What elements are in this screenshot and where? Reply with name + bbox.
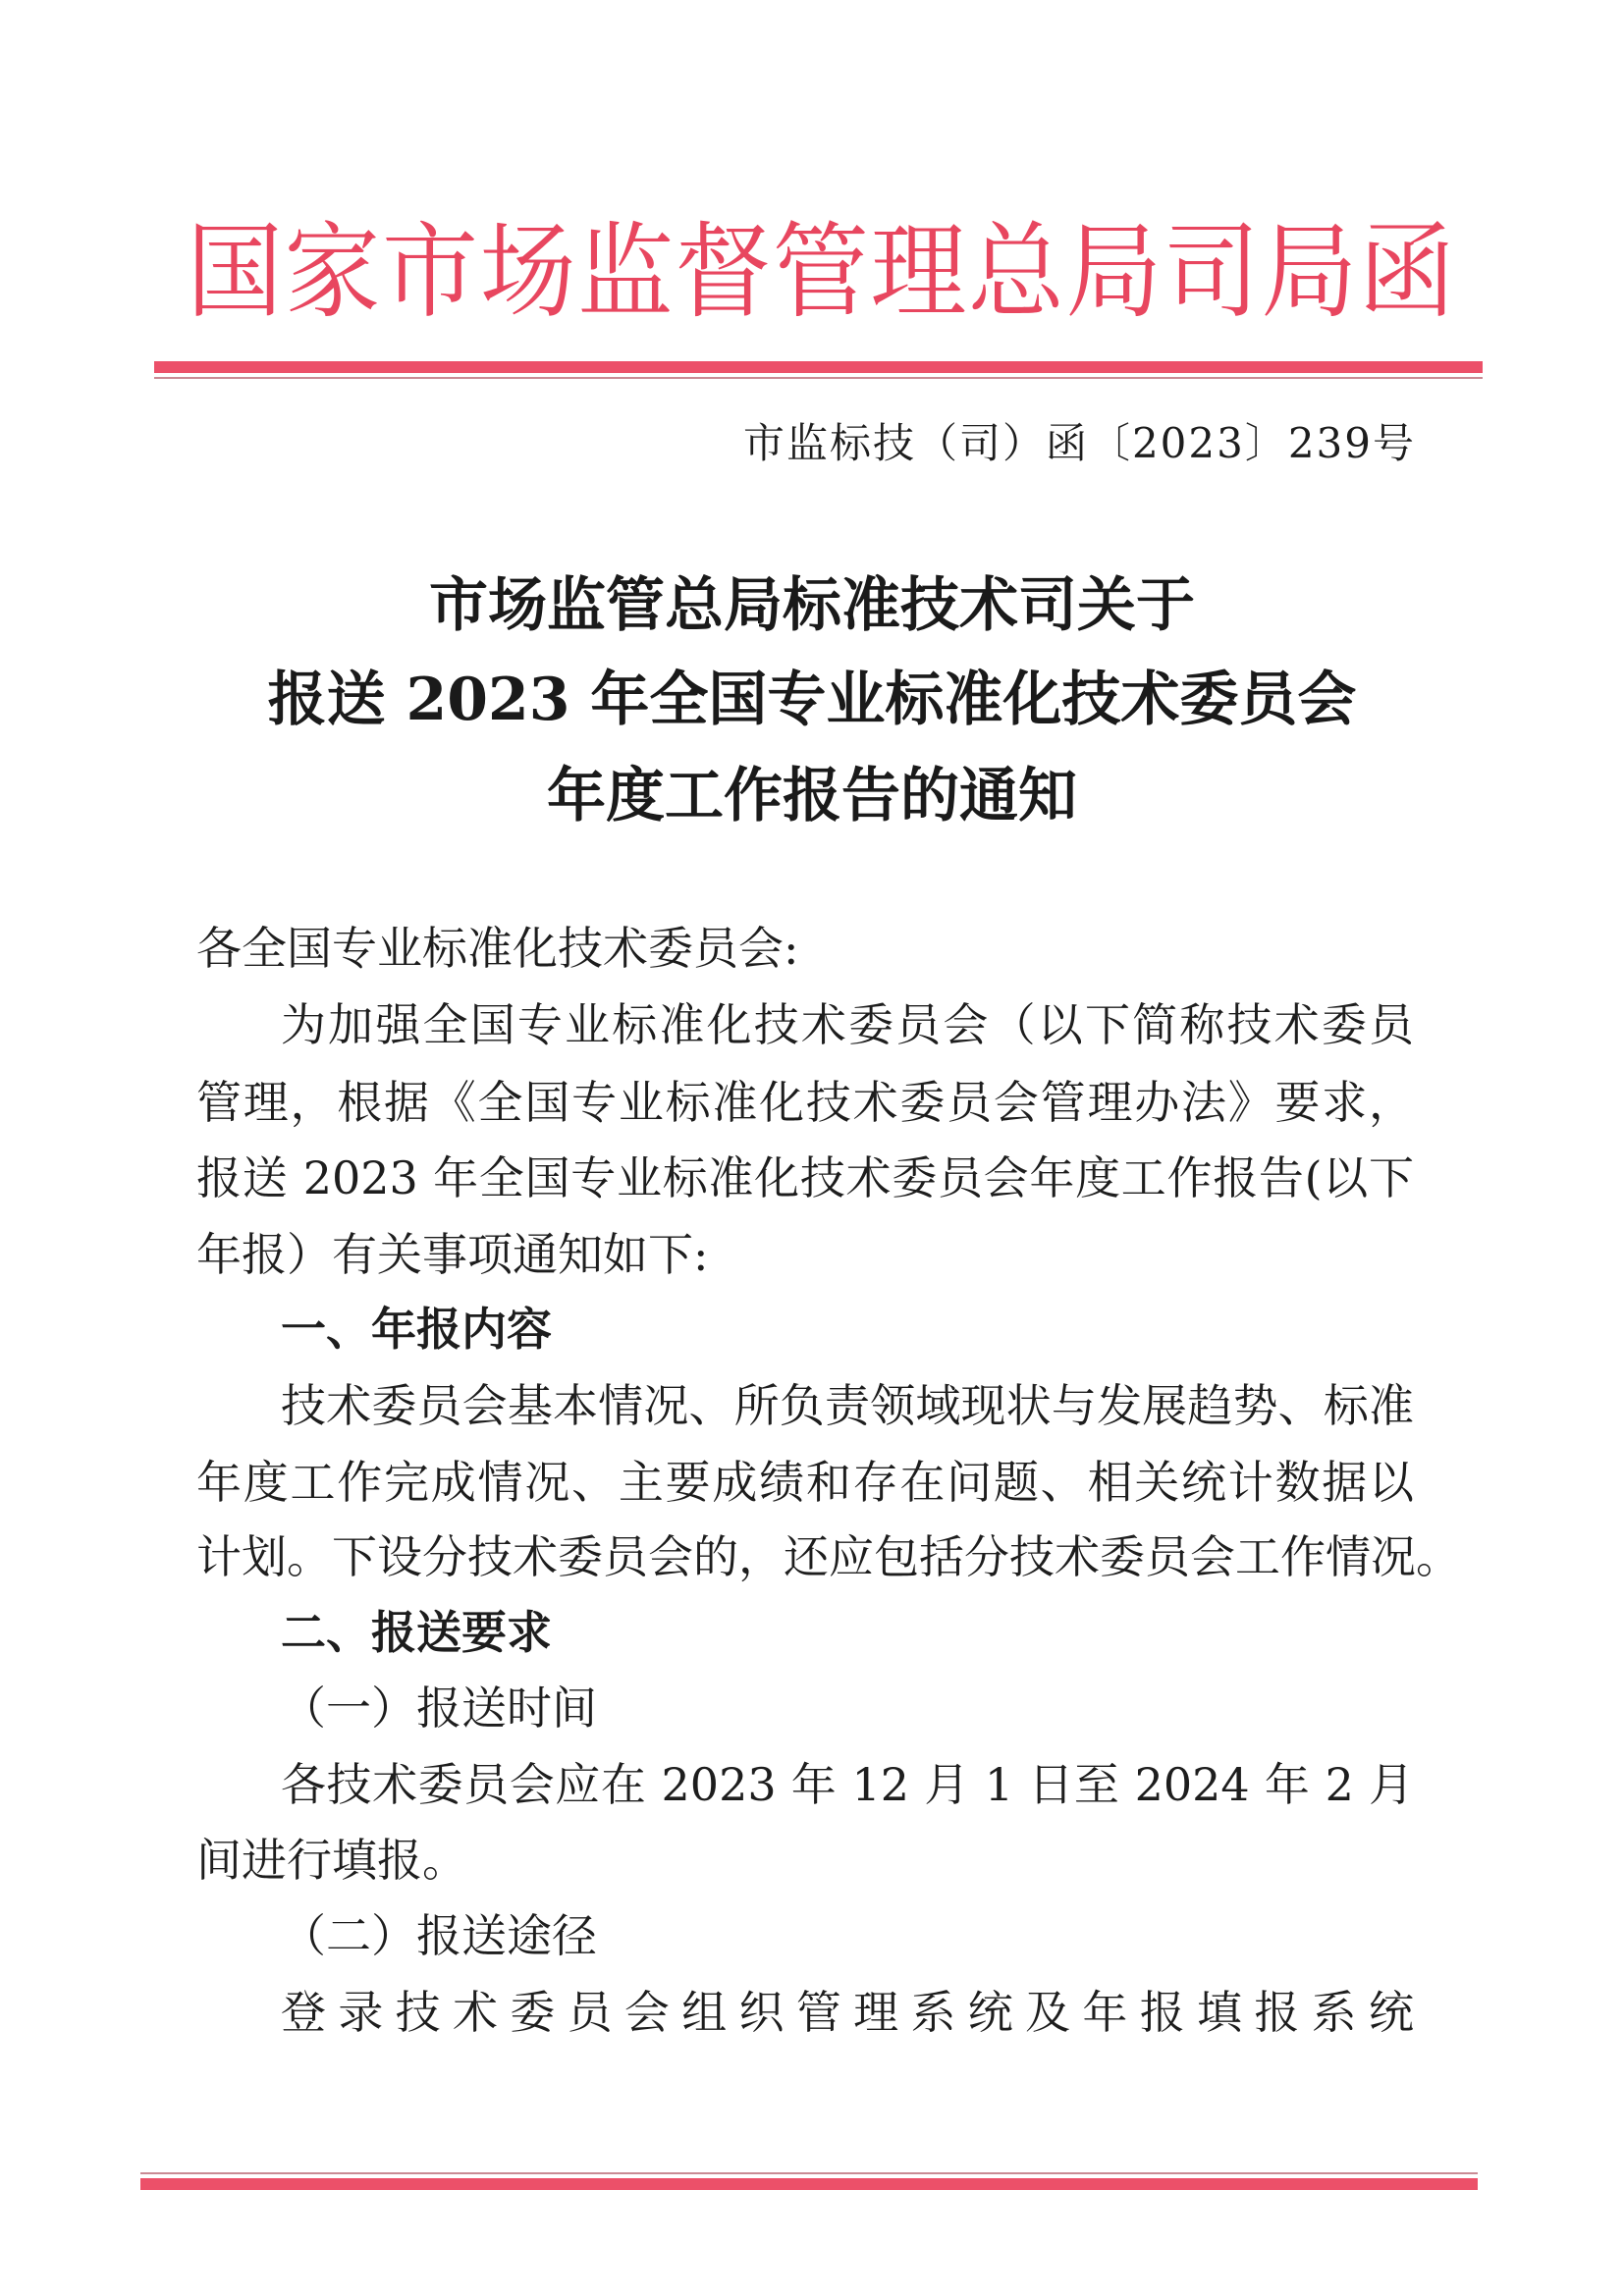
letterhead-char: 函 xyxy=(1359,209,1455,337)
letterhead-char: 总 xyxy=(968,209,1064,337)
page-title-line-3: 年度工作报告的通知 xyxy=(0,762,1624,830)
letterhead-char: 局 xyxy=(1065,209,1162,337)
page-title-line-1: 市场监管总局标准技术司关于 xyxy=(0,571,1624,640)
letterhead-char: 理 xyxy=(870,209,966,337)
header-red-rule xyxy=(154,361,1483,373)
letterhead-char: 场 xyxy=(479,209,575,337)
letterhead-char: 监 xyxy=(577,209,674,337)
paragraph-line: 间进行填报。 xyxy=(196,1831,1414,1890)
paragraph-line: 登录技术委员会组织管理系统及年报填报系统（http://org.sac xyxy=(281,1983,1414,2042)
paragraph-line: 报送 2023 年全国专业标准化技术委员会年度工作报告(以下简称 xyxy=(196,1148,1414,1207)
header-thin-rule xyxy=(154,377,1483,379)
paragraph-line: 计划。下设分技术委员会的，还应包括分技术委员会工作情况。 xyxy=(196,1527,1414,1586)
paragraph-line: 年度工作完成情况、主要成绩和存在问题、相关统计数据以及工作 xyxy=(196,1453,1414,1512)
subsection-heading-2: （二）报送途径 xyxy=(281,1906,1498,1965)
paragraph-line: 年报）有关事项通知如下: xyxy=(196,1225,1414,1284)
letterhead-title: 国 家 市 场 监 督 管 理 总 局 司 局 函 xyxy=(187,209,1455,337)
paragraph-line: 管理，根据《全国专业标准化技术委员会管理办法》要求，现将 xyxy=(196,1073,1414,1132)
section-heading-1: 一、年报内容 xyxy=(281,1300,1498,1359)
page-title-line-2: 报送 2023 年全国专业标准化技术委员会 xyxy=(0,666,1624,734)
letterhead-char: 家 xyxy=(284,209,380,337)
letterhead-char: 司 xyxy=(1164,209,1260,337)
paragraph-line: 为加强全国专业标准化技术委员会（以下简称技术委员会） xyxy=(281,995,1414,1054)
letterhead-char: 管 xyxy=(773,209,869,337)
salutation: 各全国专业标准化技术委员会: xyxy=(196,919,1414,978)
letterhead-char: 局 xyxy=(1261,209,1357,337)
footer-red-rule xyxy=(140,2178,1478,2190)
letterhead-char: 督 xyxy=(675,209,771,337)
section-heading-2: 二、报送要求 xyxy=(281,1603,1498,1662)
footer-thin-rule xyxy=(140,2172,1478,2174)
letterhead-char: 国 xyxy=(187,209,283,337)
subsection-heading-1: （一）报送时间 xyxy=(281,1679,1498,1737)
letterhead-char: 市 xyxy=(382,209,478,337)
document-number: 市监标技（司）函〔2023〕239号 xyxy=(743,414,1416,473)
paragraph-line: 技术委员会基本情况、所负责领域现状与发展趋势、标准现状、 xyxy=(281,1376,1414,1435)
paragraph-line: 各技术委员会应在 2023 年 12 月 1 日至 2024 年 2 月 15 … xyxy=(281,1755,1414,1814)
